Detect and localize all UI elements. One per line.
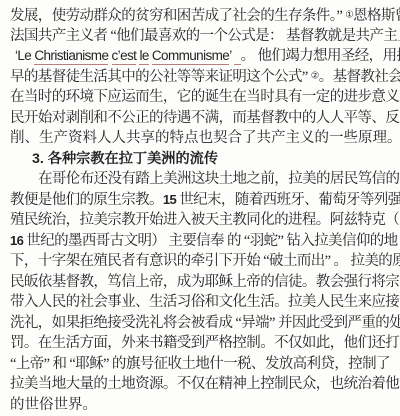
- text-run: 殖民统治，拉美宗教开始进入被天主教同化的进程。阿兹特克（: [10, 212, 399, 228]
- text-run: 拉美当地大量的土地资源。不仅在精神上控制民众，也统治着他们: [10, 376, 400, 392]
- text-run: 带入人民的社会事业、生活习俗和文化生活。拉美人民生来应接受: [10, 294, 400, 310]
- text-line: 削、生产资料人人共享的特点也契合了共产主义的一些原理。: [10, 128, 390, 149]
- underlined-word: le: [139, 48, 148, 65]
- line-text: 3. 各种宗教在拉丁美洲的流传: [32, 151, 218, 167]
- line-text: 法国共产主义者 “他们最喜欢的一个公式是： 基督教就是共产主义，: [10, 28, 400, 44]
- text-content: 发展，使劳动群众的贫穷和困苦成了社会的生存条件。” ①恩格斯曾说：法国共产主义者…: [10, 5, 390, 415]
- footnote-marker: ②: [311, 72, 319, 82]
- line-text: 下，十字架在殖民者有意识的牵引下开始 “破土而出” 。 拉美的原住: [10, 253, 400, 269]
- text-run: 在当时的环境下应运而生，它的诞生在当时具有一定的进步意义。人: [10, 89, 400, 105]
- text-line: 罚。在生活方面，外来书籍受到严格控制。不仅如此，他们还打着: [10, 333, 390, 354]
- text-run: 教便是他们的原生宗教。: [10, 192, 163, 208]
- text-line: 教便是他们的原生宗教。15 世纪末，随着西班牙、葡萄牙等列强的: [10, 190, 390, 211]
- text-run: 洗礼，如果拒绝接受洗礼将会被看成 “异端” 并因此受到严重的处: [10, 315, 400, 331]
- text-line: 民开始对剥削和不公正的待遇不满，而基督教中的人人平等、反对剥: [10, 108, 390, 129]
- line-text: 民皈依基督教，笃信上帝，成为耶稣上帝的信徒。教会强行将宗教: [10, 274, 400, 290]
- text-line: 拉美当地大量的土地资源。不仅在精神上控制民众，也统治着他们: [10, 374, 390, 395]
- line-text: 带入人民的社会事业、生活习俗和文化生活。拉美人民生来应接受: [10, 294, 400, 310]
- line-text: 教便是他们的原生宗教。15 世纪末，随着西班牙、葡萄牙等列强的: [10, 192, 400, 208]
- line-text: ‘Le Christianisme c’est le Communisme’ 。…: [15, 48, 400, 64]
- text-run: 民皈依基督教，笃信上帝，成为耶稣上帝的信徒。教会强行将宗教: [10, 274, 400, 290]
- line-text: 在哥伦布还没有踏上美洲这块土地之前，拉美的居民笃信的宗: [38, 171, 400, 187]
- text-line: 殖民统治，拉美宗教开始进入被天主教同化的进程。阿兹特克（14 ~: [10, 210, 390, 231]
- text-run: 。基督教社会主义: [319, 69, 400, 85]
- text-line: ‘Le Christianisme c’est le Communisme’ 。…: [15, 46, 390, 67]
- line-text: 洗礼，如果拒绝接受洗礼将会被看成 “异端” 并因此受到严重的处: [10, 315, 400, 331]
- text-line: 的世俗世界。: [10, 395, 390, 416]
- line-text: 早的基督徒生活其中的公社等等来证明这个公式” ②。基督教社会主义: [10, 69, 400, 85]
- line-text: 民开始对剥削和不公正的待遇不满，而基督教中的人人平等、反对剥: [10, 110, 400, 126]
- line-text: 16 世纪的墨西哥古文明） 主要信奉 的 “羽蛇” 钻入拉美信仰的地: [10, 233, 398, 249]
- line-text: 削、生产资料人人共享的特点也契合了共产主义的一些原理。: [10, 130, 400, 146]
- line-text: 拉美当地大量的土地资源。不仅在精神上控制民众，也统治着他们: [10, 376, 400, 392]
- text-line: 16 世纪的墨西哥古文明） 主要信奉 的 “羽蛇” 钻入拉美信仰的地: [10, 231, 390, 252]
- underlined-word: Communisme: [152, 48, 229, 65]
- document-page: 发展，使劳动群众的贫穷和困苦成了社会的生存条件。” ①恩格斯曾说：法国共产主义者…: [0, 0, 400, 416]
- line-text: 殖民统治，拉美宗教开始进入被天主教同化的进程。阿兹特克（14 ~: [10, 212, 400, 228]
- text-run: 法国共产主义者 “他们最喜欢的一个公式是： 基督教就是共产主义，: [10, 28, 400, 44]
- text-line: 在哥伦布还没有踏上美洲这块土地之前，拉美的居民笃信的宗: [38, 169, 390, 190]
- text-line: 洗礼，如果拒绝接受洗礼将会被看成 “异端” 并因此受到严重的处: [10, 313, 390, 334]
- text-run: 的世俗世界。: [10, 397, 97, 413]
- section-heading: 3. 各种宗教在拉丁美洲的流传: [32, 149, 390, 170]
- text-line: 早的基督徒生活其中的公社等等来证明这个公式” ②。基督教社会主义: [10, 67, 390, 88]
- line-text: 的世俗世界。: [10, 397, 97, 413]
- underlined-word: Christianisme: [34, 48, 108, 65]
- latin-text: 16: [10, 233, 23, 248]
- text-line: “上帝” 和 “耶稣” 的旗号征收土地什一税、发放高利贷，控制了: [10, 354, 390, 375]
- text-run: 在哥伦布还没有踏上美洲这块土地之前，拉美的居民笃信的宗: [38, 171, 400, 187]
- text-run: 3. 各种宗教在拉丁美洲的流传: [32, 151, 218, 167]
- text-run: 世纪末，随着西班牙、葡萄牙等列强的: [176, 192, 400, 208]
- line-text: 罚。在生活方面，外来书籍受到严格控制。不仅如此，他们还打着: [10, 335, 400, 351]
- text-line: 在当时的环境下应运而生，它的诞生在当时具有一定的进步意义。人: [10, 87, 390, 108]
- line-text: 发展，使劳动群众的贫穷和困苦成了社会的生存条件。” ①恩格斯曾说：: [10, 8, 400, 24]
- text-run: 罚。在生活方面，外来书籍受到严格控制。不仅如此，他们还打着: [10, 335, 400, 351]
- text-run: 恩格斯曾说：: [353, 8, 400, 24]
- text-line: 法国共产主义者 “他们最喜欢的一个公式是： 基督教就是共产主义，: [10, 26, 390, 47]
- text-run: 发展，使劳动群众的贫穷和困苦成了社会的生存条件。”: [10, 8, 345, 24]
- latin-text: ‘Le: [15, 48, 34, 63]
- text-line: 下，十字架在殖民者有意识的牵引下开始 “破土而出” 。 拉美的原住: [10, 251, 390, 272]
- text-line: 民皈依基督教，笃信上帝，成为耶稣上帝的信徒。教会强行将宗教: [10, 272, 390, 293]
- text-run: “上帝” 和 “耶稣” 的旗号征收土地什一税、发放高利贷，控制了: [10, 356, 390, 372]
- text-run: 。 他们竭力想用圣经，用据说最: [241, 48, 400, 64]
- latin-text: 15: [163, 192, 176, 207]
- text-line: 发展，使劳动群众的贫穷和困苦成了社会的生存条件。” ①恩格斯曾说：: [10, 5, 390, 26]
- text-run: 早的基督徒生活其中的公社等等来证明这个公式”: [10, 69, 311, 85]
- underlined-word: c’est: [112, 48, 137, 65]
- line-text: “上帝” 和 “耶稣” 的旗号征收土地什一税、发放高利贷，控制了: [10, 356, 390, 372]
- text-run: 下，十字架在殖民者有意识的牵引下开始 “破土而出” 。 拉美的原住: [10, 253, 400, 269]
- text-run: 世纪的墨西哥古文明） 主要信奉 的 “羽蛇” 钻入拉美信仰的地: [23, 233, 397, 249]
- footnote-marker: ①: [345, 10, 353, 20]
- text-line: 带入人民的社会事业、生活习俗和文化生活。拉美人民生来应接受: [10, 292, 390, 313]
- text-run: 民开始对剥削和不公正的待遇不满，而基督教中的人人平等、反对剥: [10, 110, 400, 126]
- line-text: 在当时的环境下应运而生，它的诞生在当时具有一定的进步意义。人: [10, 89, 400, 105]
- text-run: 削、生产资料人人共享的特点也契合了共产主义的一些原理。: [10, 130, 400, 146]
